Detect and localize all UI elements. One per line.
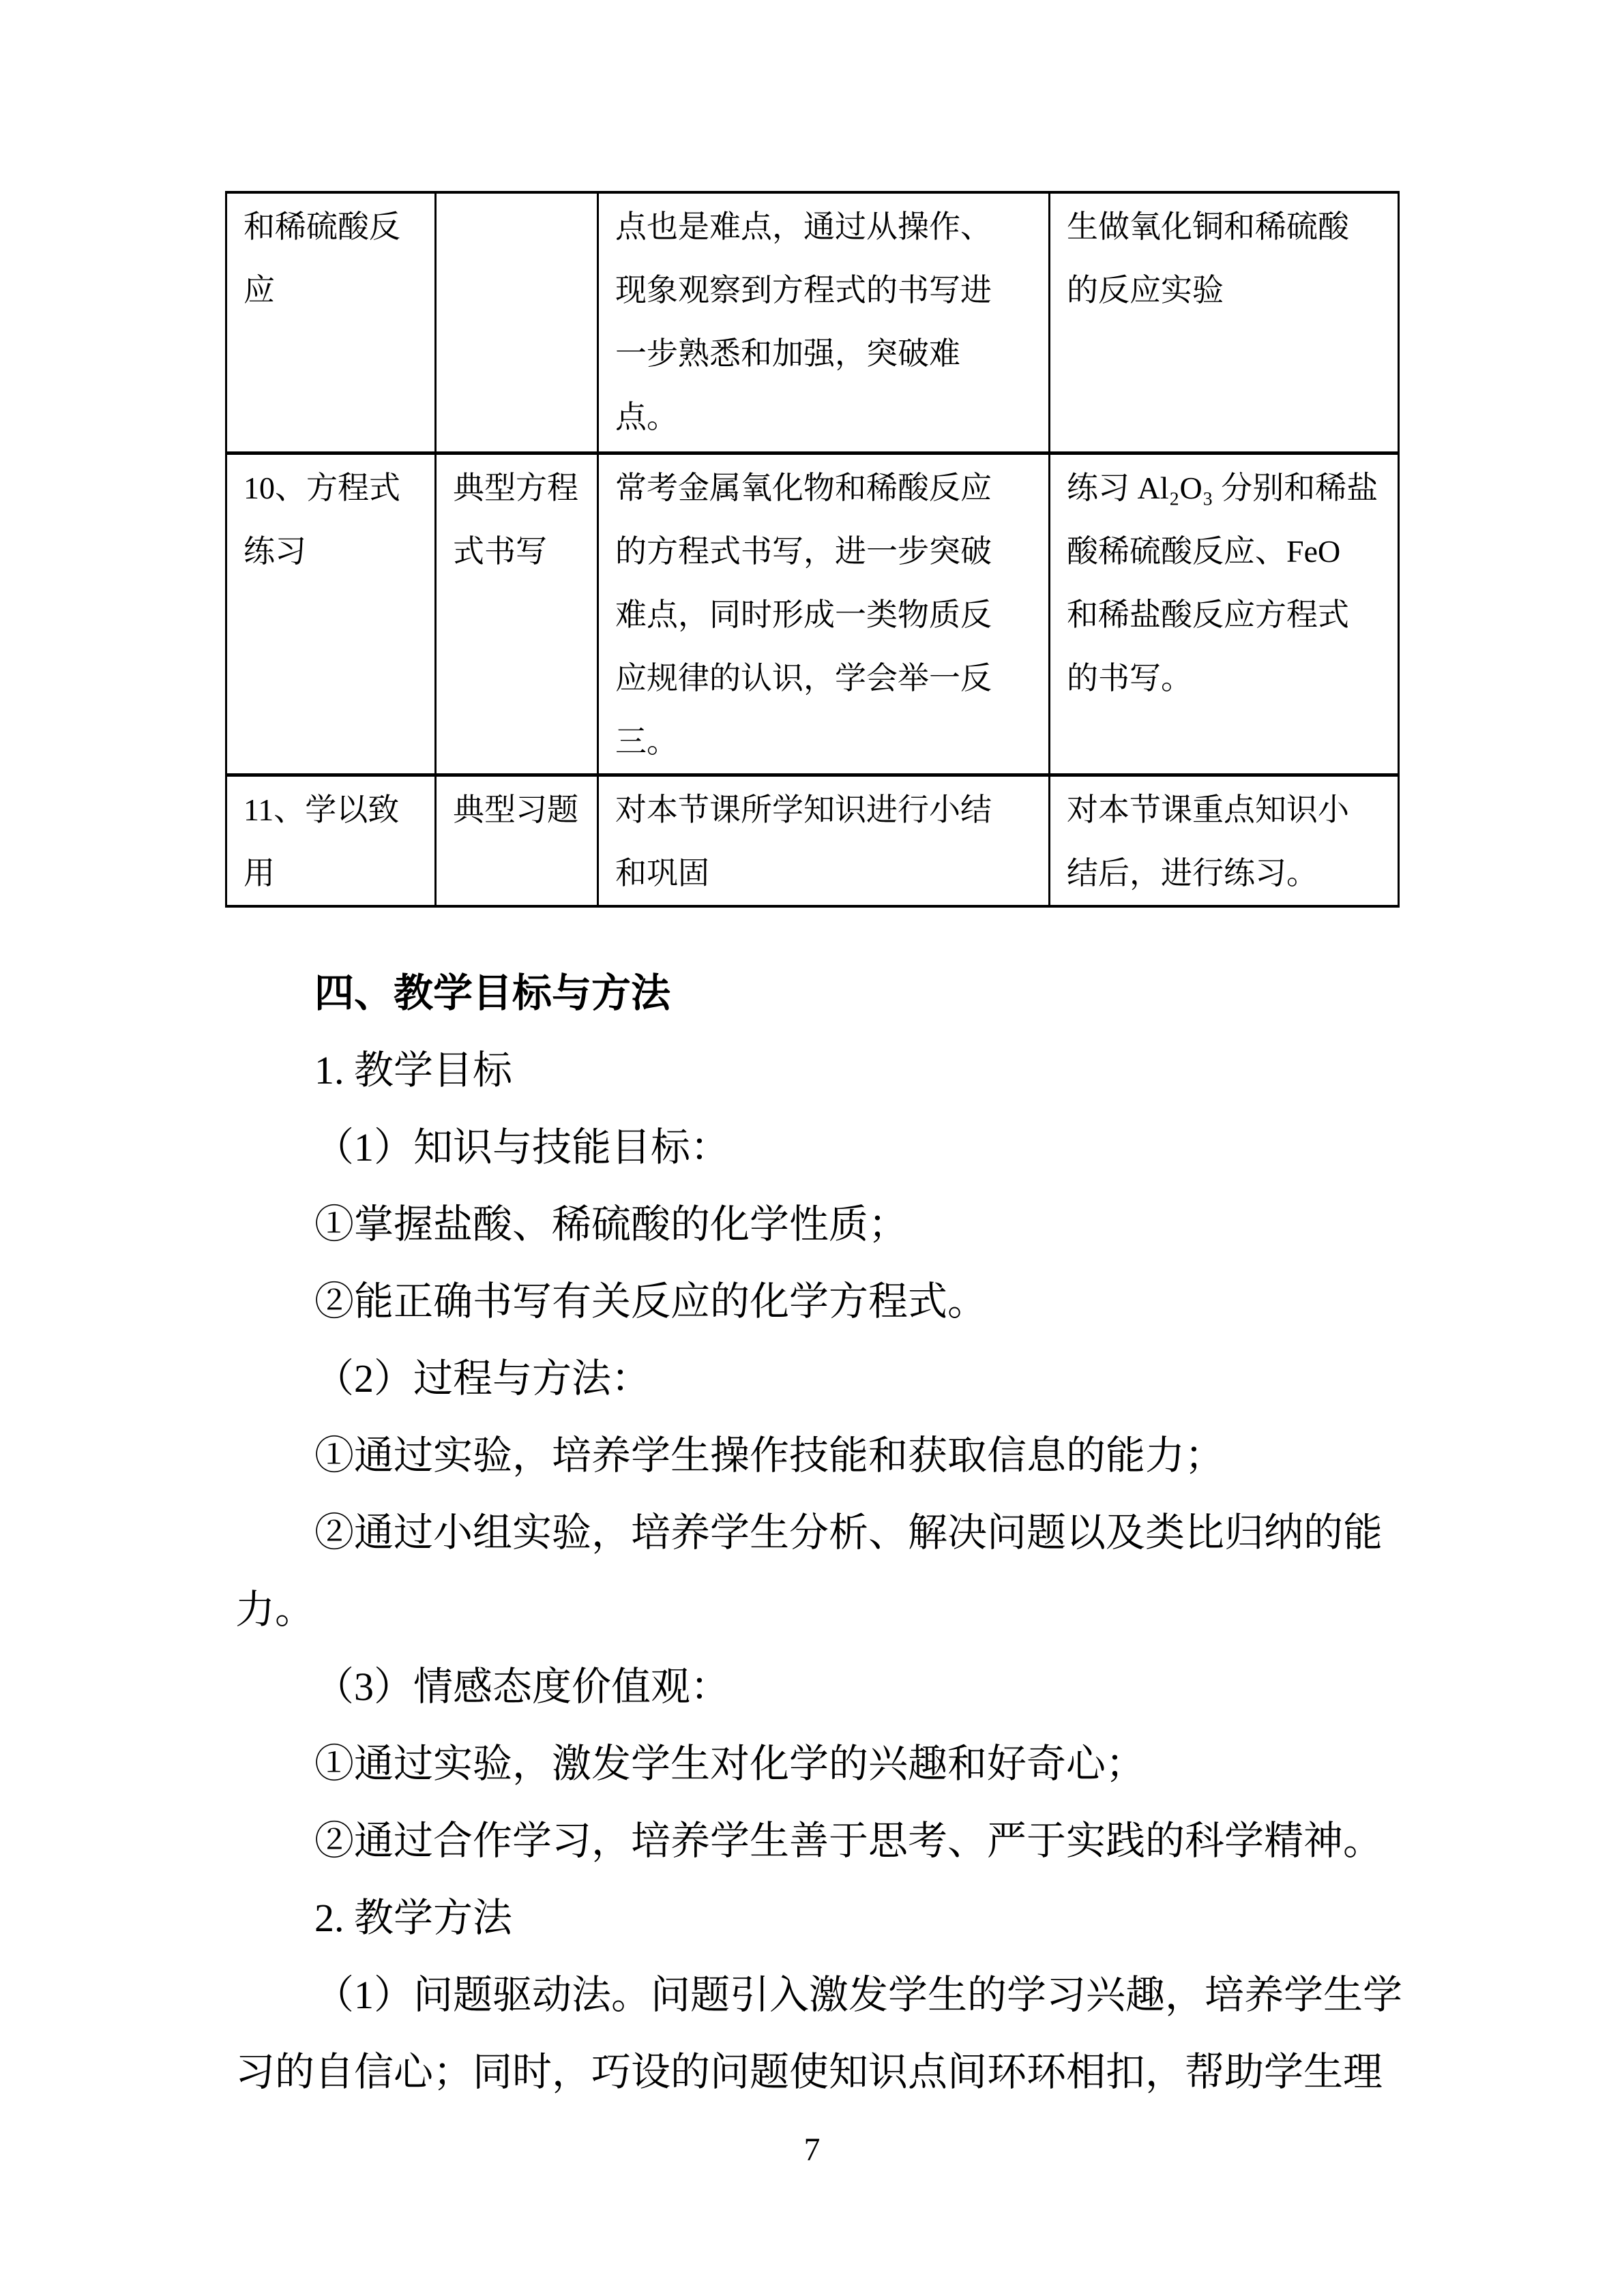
body-paragraph: ②通过小组实验，培养学生分析、解决问题以及类比归纳的能 力。 — [235, 1494, 1399, 1648]
cell-stage: 10、方程式 练习 — [226, 453, 436, 775]
cell-design-intent: 常考金属氧化物和稀酸反应 的方程式书写，进一步突破 难点，同时形成一类物质反 应… — [598, 453, 1050, 775]
cell-design-intent: 对本节课所学知识进行小结 和巩固 — [598, 775, 1050, 906]
body-paragraph: （1）问题驱动法。问题引入激发学生的学习兴趣，培养学生学 习的自信心；同时，巧设… — [235, 1956, 1399, 2111]
body-paragraph: ①通过实验，培养学生操作技能和获取信息的能力； — [235, 1417, 1399, 1494]
document-page: 和稀硫酸反 应 点也是难点，通过从操作、 现象观察到方程式的书写进 一步熟悉和加… — [0, 0, 1624, 2296]
cell-type-empty — [436, 192, 598, 453]
teaching-process-table: 和稀硫酸反 应 点也是难点，通过从操作、 现象观察到方程式的书写进 一步熟悉和加… — [225, 191, 1400, 908]
table-row: 11、学以致 用 典型习题 对本节课所学知识进行小结 和巩固 对本节课重点知识小… — [226, 775, 1399, 906]
document-body: 四、教学目标与方法 1. 教学目标 （1）知识与技能目标： ①掌握盐酸、稀硫酸的… — [235, 955, 1399, 2111]
body-paragraph: （1）知识与技能目标： — [235, 1109, 1399, 1186]
cell-design-intent: 点也是难点，通过从操作、 现象观察到方程式的书写进 一步熟悉和加强，突破难 点。 — [598, 192, 1050, 453]
cell-student-activity: 生做氧化铜和稀硫酸 的反应实验 — [1050, 192, 1399, 453]
cell-stage: 11、学以致 用 — [226, 775, 436, 906]
body-paragraph: ②能正确书写有关反应的化学方程式。 — [235, 1263, 1399, 1340]
table-row: 10、方程式 练习 典型方程 式书写 常考金属氧化物和稀酸反应 的方程式书写，进… — [226, 453, 1399, 775]
body-paragraph: ②通过合作学习，培养学生善于思考、严于实践的科学精神。 — [235, 1802, 1399, 1879]
cell-student-activity: 对本节课重点知识小 结后，进行练习。 — [1050, 775, 1399, 906]
body-paragraph: ①通过实验，激发学生对化学的兴趣和好奇心； — [235, 1725, 1399, 1802]
cell-type: 典型方程 式书写 — [436, 453, 598, 775]
section-heading: 四、教学目标与方法 — [235, 955, 1399, 1032]
body-paragraph: ①掌握盐酸、稀硫酸的化学性质； — [235, 1186, 1399, 1263]
body-paragraph: 2. 教学方法 — [235, 1879, 1399, 1956]
table-row: 和稀硫酸反 应 点也是难点，通过从操作、 现象观察到方程式的书写进 一步熟悉和加… — [226, 192, 1399, 453]
body-paragraph: 1. 教学目标 — [235, 1032, 1399, 1109]
body-paragraph: （2）过程与方法： — [235, 1340, 1399, 1417]
body-paragraph: （3）情感态度价值观： — [235, 1648, 1399, 1725]
cell-type: 典型习题 — [436, 775, 598, 906]
cell-student-activity: 练习 Al₂O₃ 分别和稀盐 酸稀硫酸反应、FeO 和稀盐酸反应方程式 的书写。 — [1050, 453, 1399, 775]
cell-stage-continued: 和稀硫酸反 应 — [226, 192, 436, 453]
page-number: 7 — [0, 2111, 1624, 2188]
